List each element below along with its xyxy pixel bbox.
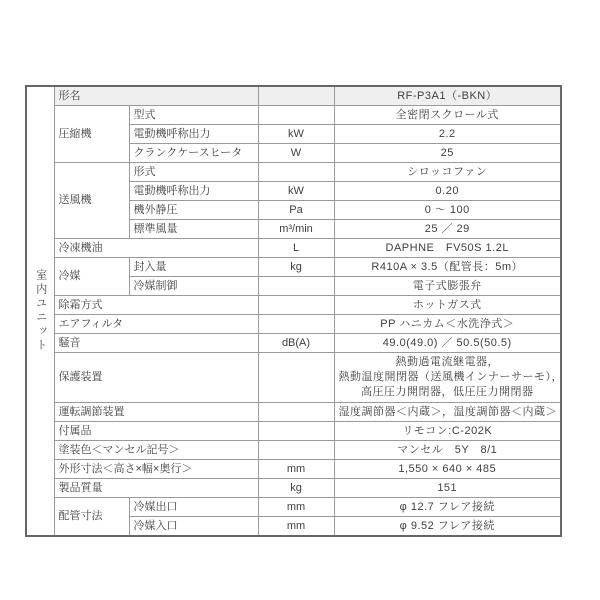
row-unit: W	[258, 144, 334, 163]
row-unit	[258, 315, 334, 334]
row-label: エアフィルタ	[54, 315, 258, 334]
table-row: 送風機形式シロッコファン	[26, 163, 561, 182]
row-value: 1,550 × 640 × 485	[334, 460, 561, 479]
row-value: 電子式膨張弁	[334, 277, 561, 296]
table-row: 運転調節装置湿度調節器＜内蔵＞，温度調節器＜内蔵＞	[26, 403, 561, 422]
row-label: 形式	[129, 163, 258, 182]
row-unit: Pa	[258, 201, 334, 220]
row-value: 25 ／ 29	[334, 220, 561, 239]
row-value-line: 熱動温度開閉器（送風機インナーサーモ），	[339, 370, 557, 385]
row-label: 電動機呼称出力	[129, 182, 258, 201]
row-unit	[258, 296, 334, 315]
row-label: 製品質量	[54, 479, 258, 498]
row-value: RF-P3A1（-BKN）	[334, 86, 561, 106]
row-value: 0 ～ 100	[334, 201, 561, 220]
row-unit: kg	[258, 479, 334, 498]
row-value: 2.2	[334, 125, 561, 144]
row-unit	[258, 86, 334, 106]
table-row: 圧縮機型式全密閉スクロール式	[26, 106, 561, 125]
row-unit: kW	[258, 125, 334, 144]
row-unit: m³/min	[258, 220, 334, 239]
row-value: マンセル 5Y 8/1	[334, 441, 561, 460]
group-label: 圧縮機	[54, 106, 129, 163]
group-label: 送風機	[54, 163, 129, 239]
row-value: 湿度調節器＜内蔵＞，温度調節器＜内蔵＞	[334, 403, 561, 422]
row-value-line: 高圧圧力開閉器，低圧圧力開閉器	[339, 385, 557, 400]
spec-table: 室内ユニット形名RF-P3A1（-BKN）圧縮機型式全密閉スクロール式電動機呼称…	[25, 85, 562, 537]
row-label: 保護装置	[54, 353, 258, 403]
row-value: φ 12.7 フレア接続	[334, 498, 561, 517]
row-value: φ 9.52 フレア接続	[334, 517, 561, 537]
row-unit	[258, 422, 334, 441]
table-row: 室内ユニット形名RF-P3A1（-BKN）	[26, 86, 561, 106]
row-unit	[258, 106, 334, 125]
table-row: 製品質量kg151	[26, 479, 561, 498]
row-unit: mm	[258, 460, 334, 479]
table-row: 付属品リモコン:C-202K	[26, 422, 561, 441]
row-unit: L	[258, 239, 334, 258]
row-unit: kg	[258, 258, 334, 277]
row-unit	[258, 441, 334, 460]
row-value: 0.20	[334, 182, 561, 201]
row-label: 冷媒制御	[129, 277, 258, 296]
table-row: 保護装置熱動過電流継電器，熱動温度開閉器（送風機インナーサーモ），高圧圧力開閉器…	[26, 353, 561, 403]
row-value: リモコン:C-202K	[334, 422, 561, 441]
table-row: 外形寸法＜高さ×幅×奥行＞mm1,550 × 640 × 485	[26, 460, 561, 479]
row-unit	[258, 163, 334, 182]
row-unit: mm	[258, 498, 334, 517]
table-row: 配管寸法冷媒出口mmφ 12.7 フレア接続	[26, 498, 561, 517]
row-unit	[258, 353, 334, 403]
row-label: 電動機呼称出力	[129, 125, 258, 144]
row-label: 封入量	[129, 258, 258, 277]
row-unit: mm	[258, 517, 334, 537]
row-label: クランクケースヒータ	[129, 144, 258, 163]
table-row: 冷媒封入量kgR410A × 3.5（配管長：5m）	[26, 258, 561, 277]
row-label: 標準風量	[129, 220, 258, 239]
row-label: 除霜方式	[54, 296, 258, 315]
row-value: ホットガス式	[334, 296, 561, 315]
row-value-line: 熱動過電流継電器，	[339, 355, 557, 370]
row-label: 外形寸法＜高さ×幅×奥行＞	[54, 460, 258, 479]
table-row: 除霜方式ホットガス式	[26, 296, 561, 315]
spec-sheet: 室内ユニット形名RF-P3A1（-BKN）圧縮機型式全密閉スクロール式電動機呼称…	[25, 85, 562, 537]
table-row: エアフィルタPP ハニカム＜水洗浄式＞	[26, 315, 561, 334]
row-value: 49.0(49.0) ／ 50.5(50.5)	[334, 334, 561, 353]
unit-section-label: 室内ユニット	[26, 86, 54, 536]
row-unit	[258, 277, 334, 296]
row-label: 形名	[54, 86, 258, 106]
row-value: 熱動過電流継電器，熱動温度開閉器（送風機インナーサーモ），高圧圧力開閉器，低圧圧…	[334, 353, 561, 403]
row-label: 冷媒入口	[129, 517, 258, 537]
group-label: 冷媒	[54, 258, 129, 296]
row-value: 151	[334, 479, 561, 498]
row-unit: dB(A)	[258, 334, 334, 353]
row-label: 冷媒出口	[129, 498, 258, 517]
row-unit: kW	[258, 182, 334, 201]
row-label: 騒音	[54, 334, 258, 353]
row-value: DAPHNE FV50S 1.2L	[334, 239, 561, 258]
row-value: シロッコファン	[334, 163, 561, 182]
row-label: 付属品	[54, 422, 258, 441]
group-label: 配管寸法	[54, 498, 129, 537]
row-label: 塗装色＜マンセル記号＞	[54, 441, 258, 460]
row-label: 型式	[129, 106, 258, 125]
row-value: 25	[334, 144, 561, 163]
row-value: R410A × 3.5（配管長：5m）	[334, 258, 561, 277]
row-value: 全密閉スクロール式	[334, 106, 561, 125]
row-value: PP ハニカム＜水洗浄式＞	[334, 315, 561, 334]
table-row: 騒音dB(A)49.0(49.0) ／ 50.5(50.5)	[26, 334, 561, 353]
row-label: 冷凍機油	[54, 239, 258, 258]
table-row: 塗装色＜マンセル記号＞マンセル 5Y 8/1	[26, 441, 561, 460]
row-label: 機外静圧	[129, 201, 258, 220]
row-unit	[258, 403, 334, 422]
row-label: 運転調節装置	[54, 403, 258, 422]
table-row: 冷凍機油LDAPHNE FV50S 1.2L	[26, 239, 561, 258]
